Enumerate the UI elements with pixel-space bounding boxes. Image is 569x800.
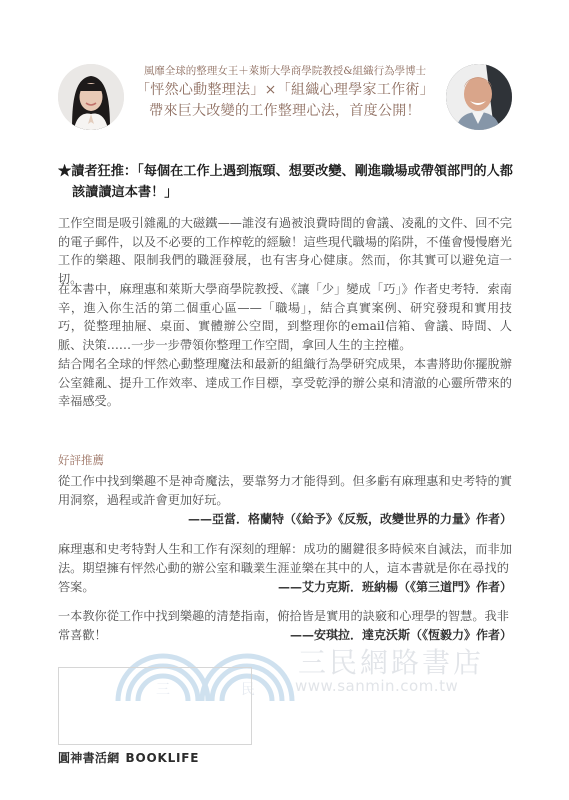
paragraph-text: 結合聞名全球的怦然心動整理魔法和最新的組織行為學研究成果，本書將助你擺脫辦公室雜…: [58, 355, 512, 411]
description-paragraph-2: 在本書中，麻理惠和萊斯大學商學院教授、《讓「少」變成「巧」》作者史考特．索南辛，…: [58, 280, 512, 355]
brand-en: BOOKLIFE: [126, 751, 200, 765]
reviews-heading: 好評推薦: [58, 452, 104, 468]
paragraph-text: 工作空間是吸引雜亂的大磁鐵——誰沒有過被浪費時間的會議、凌亂的文件、回不完的電子…: [58, 214, 512, 289]
header-subtitle: 風靡全球的整理女王＋萊斯大學商學院教授&組織行為學博士: [130, 62, 440, 80]
watermark-store-name: 三民網路書店: [298, 641, 484, 681]
description-paragraph-3: 結合聞名全球的怦然心動整理魔法和最新的組織行為學研究成果，本書將助你擺脫辦公室雜…: [58, 355, 512, 411]
review-text-tail: 常喜歡！: [58, 626, 107, 645]
image-placeholder-box: [58, 667, 252, 745]
review-last-line: 常喜歡！ ——安琪拉．達克沃斯（《恆毅力》作者）: [58, 626, 512, 645]
review-text: 從工作中找到樂趣不是神奇魔法，要靠努力才能得到。但多虧有麻理惠和史考特的實用洞察…: [58, 472, 512, 510]
recommend-line-1: 讀者狂推：「每個在工作上遇到瓶頸、想要改變、剛進職場或帶領部門的人都: [71, 164, 513, 179]
header-text-block: 風靡全球的整理女王＋萊斯大學商學院教授&組織行為學博士 「怦然心動整理法」×「組…: [130, 62, 440, 122]
header-headline-2: 帶來巨大改變的工作整理心法，首度公開！: [130, 101, 440, 122]
review-attribution: ——艾力克斯．班納楊（《第三道門》作者）: [278, 578, 512, 597]
portrait-man-icon: [446, 64, 512, 130]
review-item: 麻理惠和史考特對人生和工作有深刻的理解：成功的關鍵很多時候來自減法，而非加法。期…: [58, 540, 512, 597]
paragraph-text: 在本書中，麻理惠和萊斯大學商學院教授、《讓「少」變成「巧」》作者史考特．索南辛，…: [58, 280, 512, 355]
review-attribution: ——亞當．格蘭特（《給予》《反叛，改變世界的力量》作者）: [58, 510, 512, 529]
booklife-brand[interactable]: 圓神書活網BOOKLIFE: [58, 749, 199, 766]
review-item: 一本教你從工作中找到樂趣的清楚指南，俯拾皆是實用的訣竅和心理學的智慧。我非 常喜…: [58, 607, 512, 645]
brand-cn: 圓神書活網: [58, 751, 120, 765]
author-photo-marie-kondo: [58, 64, 124, 130]
star-icon: ★: [58, 164, 71, 179]
review-text: 麻理惠和史考特對人生和工作有深刻的理解：成功的關鍵很多時候來自減法，而非加法。期…: [58, 540, 512, 578]
author-photo-scott-sonenshein: [446, 64, 512, 130]
review-text: 一本教你從工作中找到樂趣的清楚指南，俯拾皆是實用的訣竅和心理學的智慧。我非: [58, 607, 512, 626]
watermark-url: www.sanmin.com.tw: [295, 677, 458, 695]
header-headline-1: 「怦然心動整理法」×「組織心理學家工作術」: [130, 80, 440, 101]
review-last-line: 答案。 ——艾力克斯．班納楊（《第三道門》作者）: [58, 578, 512, 597]
description-paragraph-1: 工作空間是吸引雜亂的大磁鐵——誰沒有過被浪費時間的會議、凌亂的文件、回不完的電子…: [58, 214, 512, 289]
portrait-woman-icon: [58, 64, 124, 130]
review-attribution: ——安琪拉．達克沃斯（《恆毅力》作者）: [290, 626, 512, 645]
recommend-line-2: 該讀讀這本書！」: [58, 182, 514, 203]
review-text-tail: 答案。: [58, 578, 95, 597]
reader-recommendation: ★讀者狂推：「每個在工作上遇到瓶頸、想要改變、剛進職場或帶領部門的人都 該讀讀這…: [58, 161, 514, 203]
review-item: 從工作中找到樂趣不是神奇魔法，要靠努力才能得到。但多虧有麻理惠和史考特的實用洞察…: [58, 472, 512, 529]
book-header-banner: 風靡全球的整理女王＋萊斯大學商學院教授&組織行為學博士 「怦然心動整理法」×「組…: [52, 58, 518, 132]
